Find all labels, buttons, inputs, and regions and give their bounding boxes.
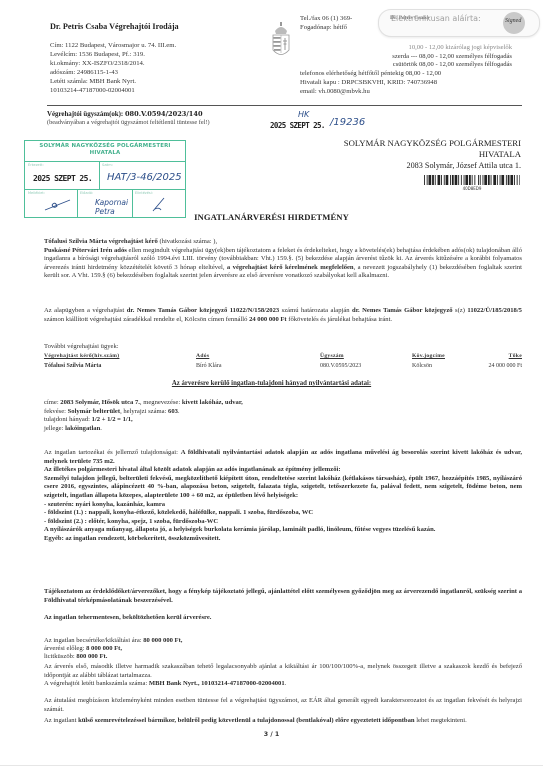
info-notice: Tájékoztatom az érdeklődőket/árverezőket… bbox=[44, 588, 522, 605]
stamp-title: SOLYMÁR NAGYKÖZSÉG POLGÁRMESTERI HIVATAL… bbox=[25, 143, 185, 157]
further-cases-label: További végrehajtási ügyek: bbox=[44, 343, 119, 350]
cases-cell: Kölcsön bbox=[412, 363, 432, 369]
esignature-badge[interactable]: Dr. Petris Csaba Elektronikusan aláírta:… bbox=[378, 9, 540, 37]
price-label: licitküszöb: bbox=[44, 653, 76, 660]
prop-label: tulajdoni hányad: bbox=[44, 416, 92, 423]
prop-name: kivett lakóház, udvar, bbox=[182, 399, 243, 406]
cases-table-header: Végrehajtást kérő(hiv.szám) Adós Ügyszám… bbox=[44, 353, 522, 362]
cases-header-cell: Köv.jogcíme bbox=[412, 353, 445, 359]
stamp-field-number: Szám: bbox=[102, 163, 113, 167]
cases-cell: Tófalusi Szilvia Márta bbox=[44, 363, 101, 369]
estimate-value: 80 000 000 Ft, bbox=[143, 637, 182, 644]
bank-account: MBH Bank Nyrt., 10103214-47187000-020040… bbox=[149, 680, 285, 687]
phone-hours: telefonos elérhetőség hétfőtől péntekig … bbox=[300, 70, 441, 79]
document-title: INGATLANÁRVERÉSI HIRDETMÉNY bbox=[0, 212, 543, 222]
page-number: 3 / 1 bbox=[0, 731, 543, 738]
office-address-line: ki.okmány: XX-ISZFO/2318/2014. bbox=[50, 60, 176, 69]
contact-block: Tel./fax 06 (1) 369- Fogadónap: hétfő bbox=[300, 15, 352, 33]
stamp-field-handler: Előadó: bbox=[80, 191, 93, 195]
prop-label: jellege: bbox=[44, 425, 65, 432]
barcode-icon bbox=[424, 175, 520, 185]
features-line: A nyílászárók anyaga műanyag, állapota j… bbox=[44, 526, 522, 535]
stamp-date: 2025 SZEPT 25. bbox=[33, 174, 92, 183]
stamp-title-line: HIVATALA bbox=[25, 150, 185, 157]
header-divider bbox=[47, 105, 522, 106]
prop-label: , megnevezése: bbox=[140, 399, 182, 406]
features-line: Személyi tulajdon jellegű, belterületi f… bbox=[44, 475, 522, 501]
recipient-name: SOLYMÁR NAGYKÖZSÉG POLGÁRMESTERI HIVATAL… bbox=[290, 138, 521, 159]
incoming-initials: HK bbox=[298, 110, 309, 119]
stamp-handwritten-ref: HAT/3-46/2025 bbox=[107, 172, 182, 183]
unencumbered-notice: Az ingatlan tehermentesen, beköltözhetőe… bbox=[44, 614, 211, 621]
hours-line: 10,00 - 12,00 kizárólag jogi képviselők bbox=[300, 44, 512, 53]
property-features: Az ingatlan tartozékai és jellemző tulaj… bbox=[44, 449, 522, 544]
coat-of-arms-icon bbox=[270, 22, 292, 60]
cases-cell: 24 000 000 Ft bbox=[488, 363, 522, 369]
case-number: Végrehajtói ügyszám(ok): 080.V.0594/2023… bbox=[47, 110, 203, 118]
cases-header-cell: Tőke bbox=[509, 353, 522, 359]
features-line: Egyéb: az ingatlan rendezett, körbekerít… bbox=[44, 535, 522, 544]
hours-line: csütörtök 08,00 - 12,00 személyes félfog… bbox=[300, 61, 512, 70]
esignature-label: Elektronikusan aláírta: bbox=[391, 14, 481, 23]
office-address-line: Letéti számla: MBH Bank Nyrt. bbox=[50, 78, 176, 87]
stages-text: Az árverés első, második illetve harmadi… bbox=[44, 663, 522, 680]
stamp-field-deadline: Elintézési: bbox=[135, 191, 153, 195]
prop-share: 1/2 + 1/2 = 1/1, bbox=[92, 416, 133, 423]
creditor-name: Tófalusi Szilvia Márta végrehajtást kérő bbox=[44, 238, 158, 245]
recipient-line: SOLYMÁR NAGYKÖZSÉG POLGÁRMESTERI bbox=[290, 138, 521, 149]
page-edge bbox=[0, 765, 543, 766]
office-address-line: 10103214-47187000-02004001 bbox=[50, 87, 176, 96]
cases-header-cell: Végrehajtást kérő(hiv.szám) bbox=[44, 353, 119, 359]
contact-reception: Fogadónap: hétfő bbox=[300, 24, 352, 33]
basis-text: Az alapügyben a végrehajtást bbox=[44, 307, 127, 314]
features-line: - szuterén: nyári konyha, kazánház, kamr… bbox=[44, 501, 522, 510]
price-block: Az ingatlan becsértéke/kikiáltási ára: 8… bbox=[44, 637, 182, 662]
cases-cell: Bíró Klára bbox=[196, 363, 222, 369]
office-name: Dr. Petris Csaba Végrehajtói Irodája bbox=[50, 22, 179, 31]
stamp-field-attachment: Melléklet: bbox=[28, 191, 45, 195]
bank-label: A végrehajtói letéti bankszámla száma: bbox=[44, 680, 149, 687]
barcode-text: 40D8ED9 bbox=[424, 186, 520, 191]
incoming-ref: /19236 bbox=[330, 117, 365, 128]
property-data: címe: 2083 Solymár, Hősök utca 7., megne… bbox=[44, 399, 243, 433]
features-line: Az illetékes polgármesteri hivatal által… bbox=[44, 466, 522, 475]
recipient-address: 2083 Solymár, József Attila utca 1. bbox=[290, 161, 521, 170]
features-line: - földszint (2.) : előtér, konyha, spejz… bbox=[44, 518, 522, 527]
increment-value: 800 000 Ft. bbox=[76, 653, 107, 660]
viewing-text: Az ingatlant bbox=[44, 717, 78, 724]
intro-paragraph: Tófalusi Szilvia Márta végrehajtást kérő… bbox=[44, 238, 522, 281]
hivatali-kapu: Hivatali kapu : DRPCSBKVHI, KRID: 740736… bbox=[300, 79, 441, 88]
case-number-note: (beadványában a végrehajtói ügyszámot fe… bbox=[47, 119, 210, 126]
office-address-block: Cím: 1122 Budapest, Városmajor u. 74. II… bbox=[50, 42, 176, 95]
viewing-paragraph: Az ingatlant külső szemrevételezéssel bá… bbox=[44, 717, 522, 726]
intro-bold: a végrehajtást kérő kérelmének megfelelő… bbox=[227, 264, 354, 271]
basis-bold: 24 000 000 Ft bbox=[249, 316, 287, 323]
prop-label: , helyrajzi száma: bbox=[120, 408, 168, 415]
stages-paragraph: Az árverés első, második illetve harmadi… bbox=[44, 663, 522, 689]
contact-details: telefonos elérhetőség hétfőtől péntekig … bbox=[300, 70, 441, 96]
seal-text: Signed bbox=[505, 18, 521, 24]
cases-header-cell: Adós bbox=[196, 353, 209, 359]
prop-location: Solymár belterület bbox=[68, 408, 120, 415]
price-label: árverési előleg: bbox=[44, 645, 86, 652]
office-address-line: adószám: 24986115-1-43 bbox=[50, 69, 176, 78]
initial-mark-icon bbox=[43, 197, 73, 213]
cases-cell: 080.V.0595/2023 bbox=[320, 363, 361, 369]
price-label: Az ingatlan becsértéke/kikiáltási ára: bbox=[44, 637, 143, 644]
transfer-paragraph: Az átutalási megbízáson közleményként mi… bbox=[44, 697, 522, 714]
basis-text: főkövetelés és járulékai behajtása iránt… bbox=[287, 316, 392, 323]
office-address-line: Levélcím: 1536 Budapest, Pf.: 319. bbox=[50, 51, 176, 60]
contact-tel: Tel./fax 06 (1) 369- bbox=[300, 15, 352, 24]
prop-address: 2083 Solymár, Hősök utca 7. bbox=[60, 399, 140, 406]
case-number-value: 080.V.0594/2023/140 bbox=[125, 110, 203, 118]
prop-label: címe: bbox=[44, 399, 60, 406]
cases-header-cell: Ügyszám bbox=[320, 353, 344, 359]
basis-bold: dr. Nemes Tamás Gábor közjegyző 11022/N/… bbox=[127, 307, 279, 314]
prop-type: lakóingatlan bbox=[65, 425, 100, 432]
stamp-field-received: Érkezett: bbox=[28, 163, 44, 167]
receiving-stamp: SOLYMÁR NAGYKÖZSÉG POLGÁRMESTERI HIVATAL… bbox=[24, 140, 186, 218]
incoming-date: 2025 SZEPT 25. bbox=[270, 121, 325, 130]
email: email: vh.0080@mbvk.hu bbox=[300, 88, 441, 97]
features-line: - földszint (1.) : nappali, konyha-étkez… bbox=[44, 509, 522, 518]
basis-bold: dr. Nemes Tamás Gábor közjegyző bbox=[352, 307, 453, 314]
hours-line: szerda --- 08,00 - 12,00 személyes félfo… bbox=[300, 53, 512, 62]
prop-lot: 603 bbox=[168, 408, 178, 415]
creditor-ref: (hivatkozási száma: ), bbox=[158, 238, 217, 245]
signature-seal-icon: Signed bbox=[503, 12, 525, 34]
basis-text: számon kiállított végrehajtási záradékka… bbox=[44, 316, 249, 323]
recipient-line: HIVATALA bbox=[290, 149, 521, 160]
basis-bold: 11022/Ü/185/2018/5 bbox=[467, 307, 522, 314]
debtor-name: Puskásné Pétervári Irén adós bbox=[44, 247, 127, 254]
basis-text: számú határozata alapján bbox=[279, 307, 352, 314]
stamp-title-line: SOLYMÁR NAGYKÖZSÉG POLGÁRMESTERI bbox=[25, 143, 185, 150]
reception-hours: 10,00 - 12,00 kizárólag jogi képviselők … bbox=[300, 44, 512, 70]
basis-text: s(z) bbox=[453, 307, 468, 314]
table-row: Tófalusi Szilvia Márta Bíró Klára 080.V.… bbox=[44, 363, 522, 372]
section-title: Az árverésre kerülő ingatlan-tulajdoni h… bbox=[0, 380, 543, 387]
case-number-label: Végrehajtói ügyszám(ok): bbox=[47, 111, 123, 118]
viewing-bold: külső szemrevételezéssel bármikor, belül… bbox=[78, 717, 415, 724]
basis-paragraph: Az alapügyben a végrehajtást dr. Nemes T… bbox=[44, 307, 522, 324]
office-address-line: Cím: 1122 Budapest, Városmajor u. 74. II… bbox=[50, 42, 176, 51]
features-intro: Az ingatlan tartozékai és jellemző tulaj… bbox=[44, 449, 181, 456]
viewing-text: lehet megtekinteni. bbox=[415, 717, 467, 724]
prop-label: fekvése: bbox=[44, 408, 68, 415]
deposit-value: 8 000 000 Ft, bbox=[86, 645, 122, 652]
